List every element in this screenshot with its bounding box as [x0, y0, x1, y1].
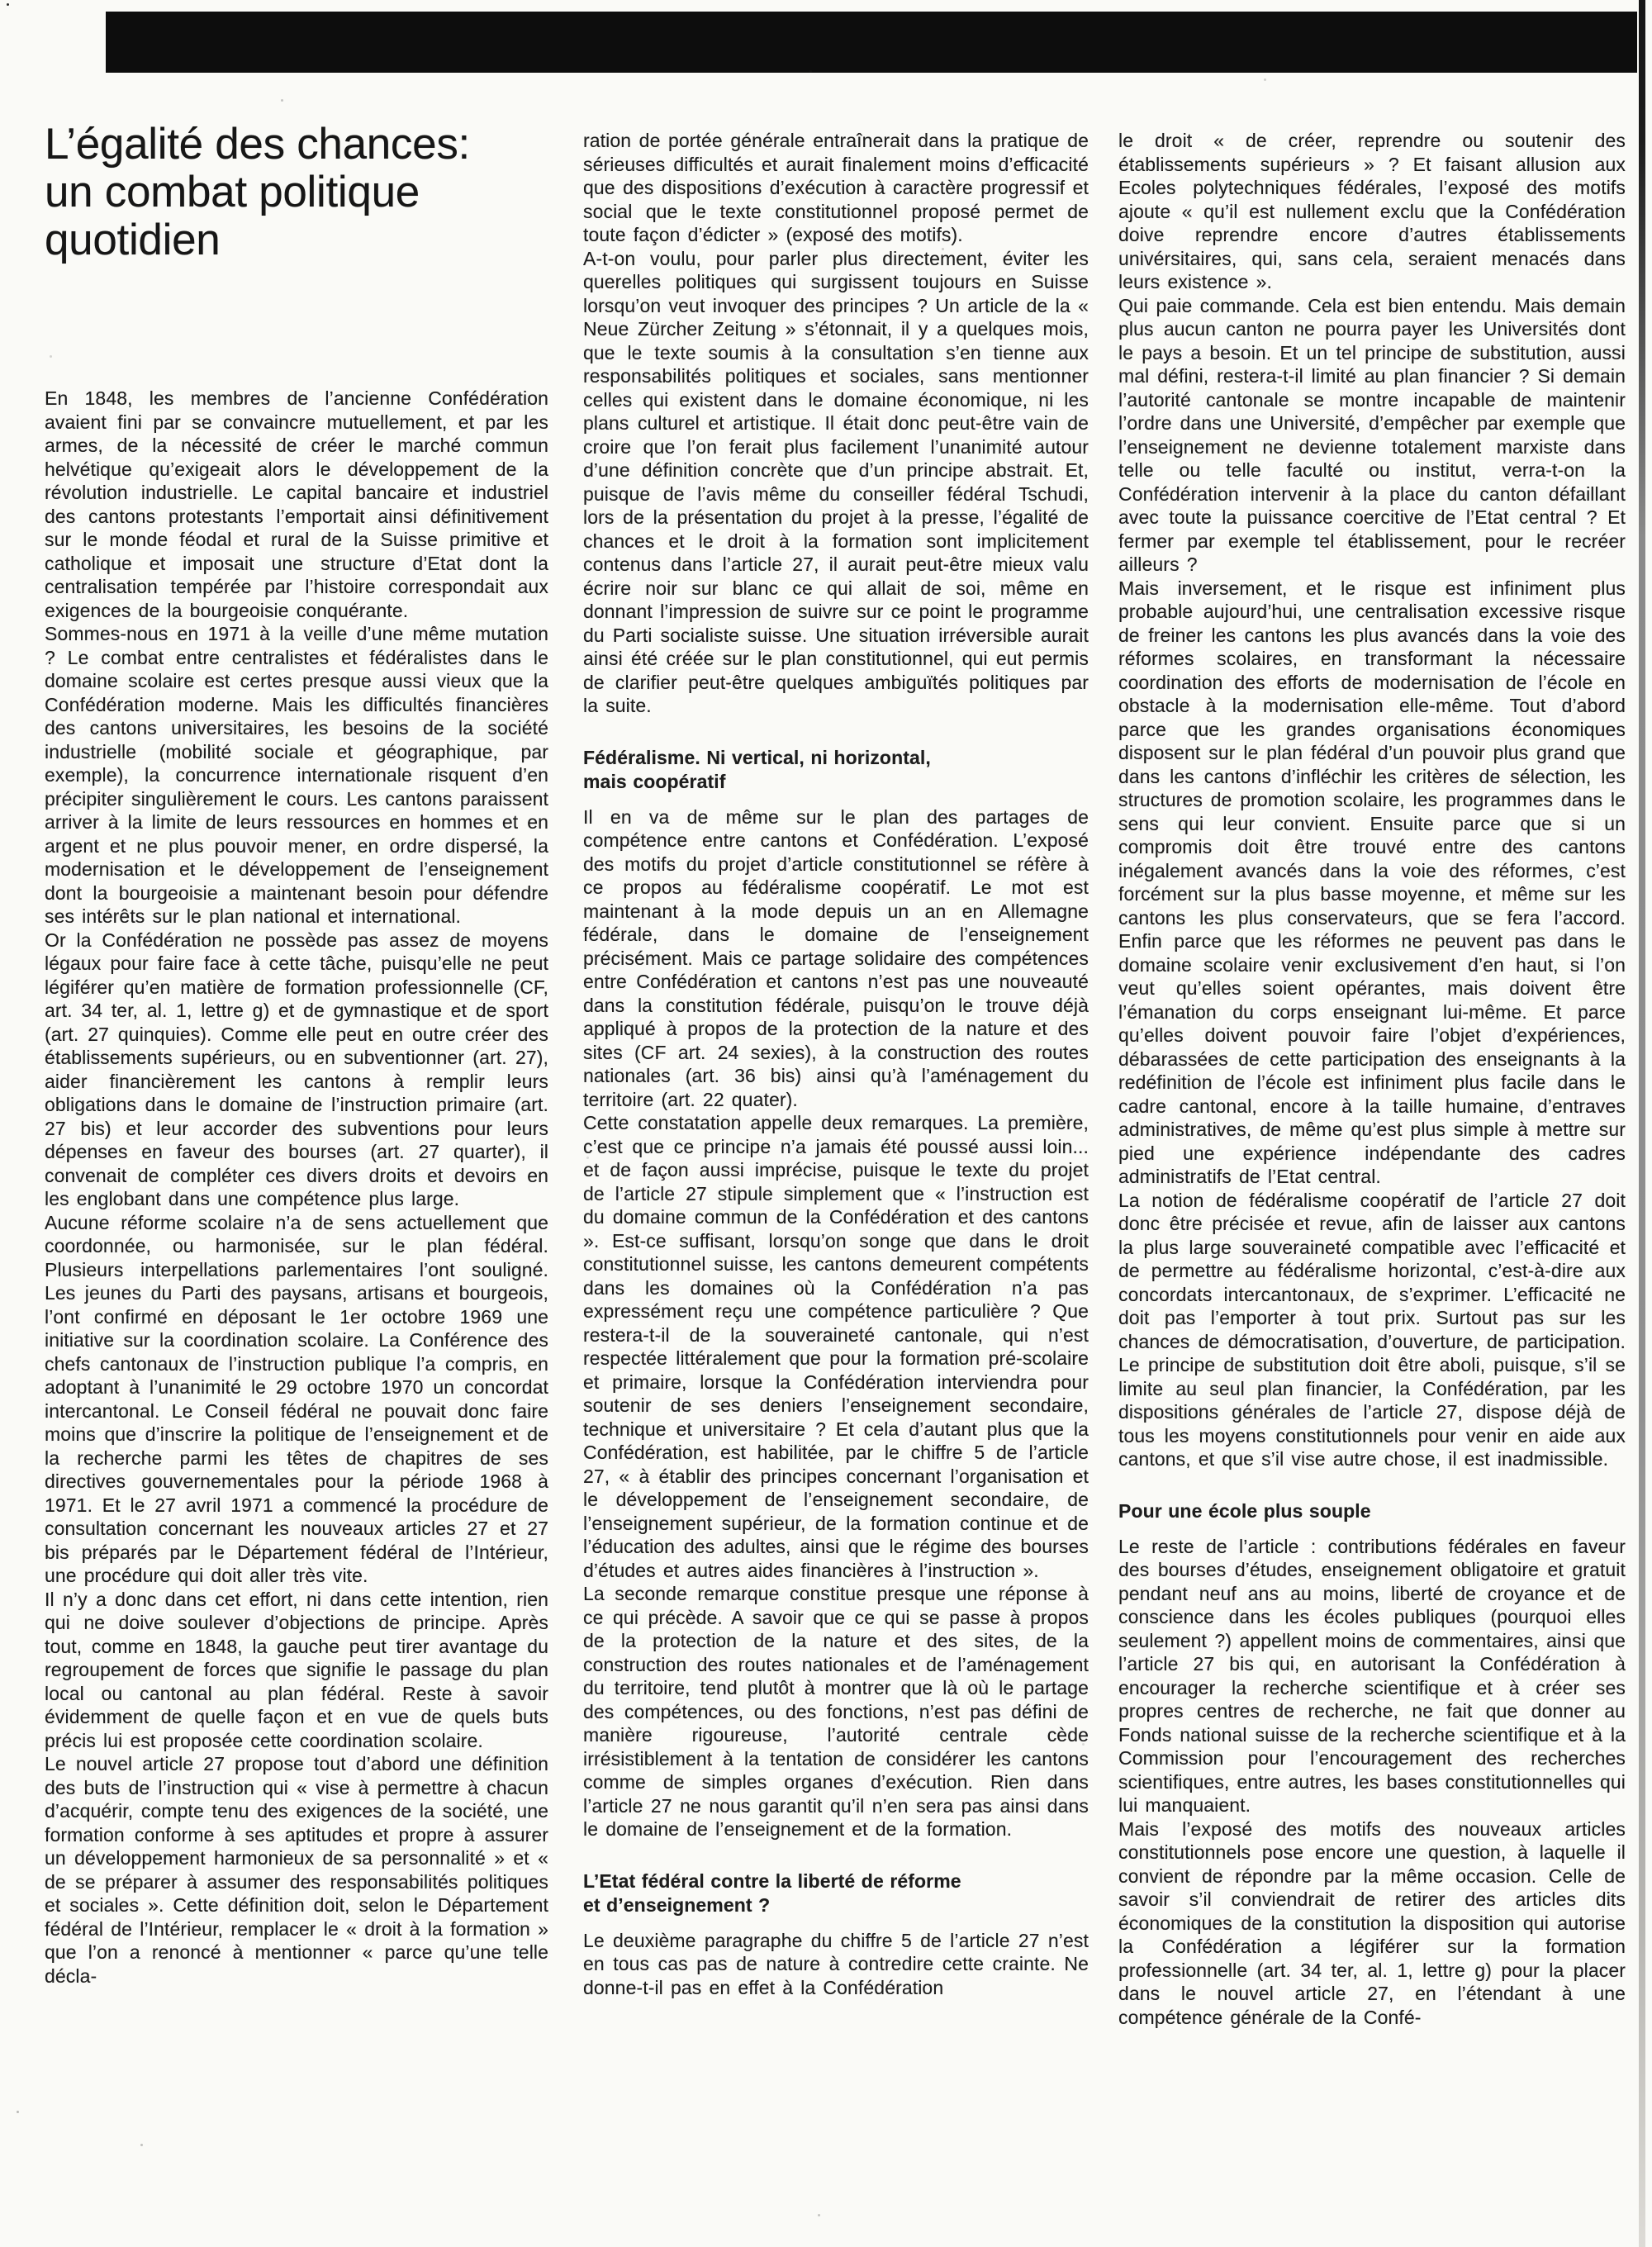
article-paragraph: Mais inversement, et le risque est infin… — [1118, 577, 1626, 1189]
article-paragraph: Cette constatation appelle deux remarque… — [583, 1111, 1089, 1582]
article-paragraph: La notion de fédéralisme coopératif de l… — [1118, 1189, 1626, 1471]
scan-dust-specks — [7, 3, 9, 6]
article-paragraph: ration de portée générale entraînerait d… — [583, 129, 1089, 247]
article-paragraph: Mais l’exposé des motifs des nouveaux ar… — [1118, 1817, 1626, 2030]
text-column-2: ration de portée générale entraînerait d… — [583, 129, 1089, 1999]
article-paragraph: Le reste de l’article : contributions fé… — [1118, 1535, 1626, 1817]
article-paragraph: Il n’y a donc dans cet effort, ni dans c… — [45, 1588, 548, 1753]
article-paragraph: le droit « de créer, reprendre ou souten… — [1118, 129, 1626, 294]
section-heading: L’Etat fédéral contre la liberté de réfo… — [583, 1869, 1089, 1917]
article-paragraph: Qui paie commande. Cela est bien entendu… — [1118, 294, 1626, 577]
article-paragraph: Aucune réforme scolaire n’a de sens actu… — [45, 1211, 548, 1588]
article-paragraph: Le nouvel article 27 propose tout d’abor… — [45, 1752, 548, 1988]
article-paragraph: Sommes-nous en 1971 à la veille d’une mê… — [45, 622, 548, 929]
section-heading: Fédéralisme. Ni vertical, ni horizontal,… — [583, 746, 1089, 794]
article-paragraph: En 1848, les membres de l’ancienne Confé… — [45, 387, 548, 622]
text-column-3: le droit « de créer, reprendre ou souten… — [1118, 129, 1626, 2029]
text-column-1: En 1848, les membres de l’ancienne Confé… — [45, 387, 548, 1988]
top-black-rule — [106, 12, 1637, 73]
article-paragraph: A-t-on voulu, pour parler plus directeme… — [583, 247, 1089, 718]
article-title: L’égalité des chances: un combat politiq… — [45, 121, 524, 264]
article-paragraph: La seconde remarque constitue presque un… — [583, 1582, 1089, 1841]
article-paragraph: Or la Confédération ne possède pas assez… — [45, 929, 548, 1211]
article-paragraph: Il en va de même sur le plan des partage… — [583, 805, 1089, 1112]
page-edge-shadow — [1639, 0, 1645, 2247]
scanned-magazine-page: L’égalité des chances: un combat politiq… — [0, 0, 1652, 2247]
section-heading: Pour une école plus souple — [1118, 1499, 1626, 1523]
article-paragraph: Le deuxième paragraphe du chiffre 5 de l… — [583, 1929, 1089, 2000]
